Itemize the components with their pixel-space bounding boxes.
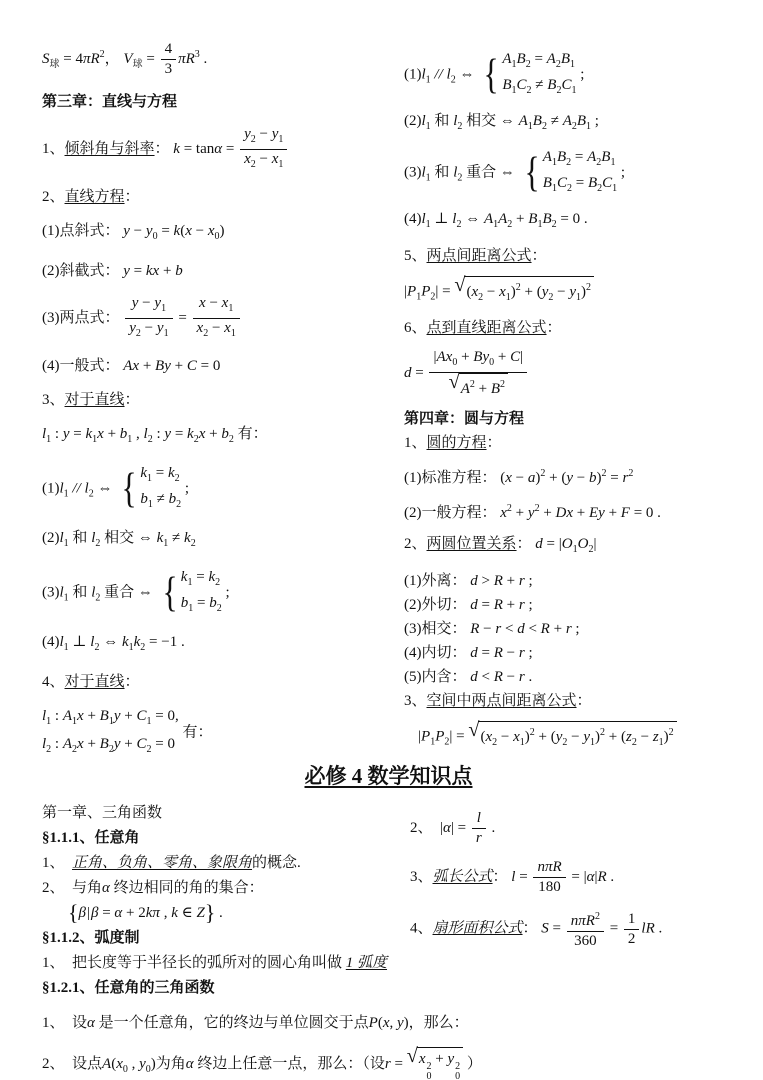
document-page: { "section_title": { "text": "必修 4 数学知识点… — [0, 0, 763, 1080]
formula-line: (1)标准方程： (x − a)2 + (y − b)2 = r2 — [404, 463, 735, 489]
bottom-right-column: 2、 |α| = lr .3、弧长公式： l = nπR180 = |α|R .… — [394, 799, 735, 951]
formula-line: (1)l1 // l2 ⇔ {A1B2 = A2B1B1C2 ≠ B2C1 ; — [404, 49, 735, 101]
formula-line: |P1P2| = √(x2 − x1)2 + (y2 − y1)2 + (z2 … — [404, 721, 735, 753]
section-heading: §1.1.1、任意角 — [42, 828, 394, 849]
formula-line: 1、倾斜角与斜率： k = tanα = y2 − y1x2 − x1 — [42, 125, 394, 174]
formula-line: d = |Ax0 + By0 + C|√A2 + B2 — [404, 348, 735, 399]
formula-line: 4、对于直线： — [42, 671, 394, 693]
section-title-wrap: 必修 4 数学知识点 — [42, 761, 735, 791]
formula-line: 1、 把长度等于半径长的弧所对的圆心角叫做 1 弧度 — [42, 953, 394, 974]
formula-line: l1 : y = k1x + b1 , l2 : y = k2x + b2 有： — [42, 423, 394, 451]
formula-line: 4、扇形面积公式： S = nπR2360 = 12lR . — [410, 907, 735, 951]
formula-line: (1)点斜式： y − y0 = k(x − x0) — [42, 220, 394, 248]
section-heading: §1.2.1、任意角的三角函数 — [42, 978, 394, 999]
formula-line: |P1P2| = √(x2 − x1)2 + (y2 − y1)2 — [404, 276, 735, 308]
formula-line: 3、弧长公式： l = nπR180 = |α|R . — [410, 858, 735, 897]
bottom-section: 第一章、三角函数§1.1.1、任意角1、 正角、负角、零角、象限角的概念.2、 … — [42, 799, 735, 999]
formula-line: 第一章、三角函数 — [42, 803, 394, 824]
formula-line: 2、两圆位置关系： d = |O1O2| — [404, 533, 735, 561]
formula-line: (3)相交： R − r < d < R + r ; — [404, 618, 735, 640]
formula-line: (3)两点式： y − y1y2 − y1 = x − x1x2 − x1 — [42, 294, 394, 343]
top-left-column: S球 = 4πR2， V球 = 43πR3 .第三章：直线与方程1、倾斜角与斜率… — [42, 40, 394, 761]
formula-line: 1、圆的方程： — [404, 432, 735, 454]
formula-line: 2、 设点A(x0 , y0)为角α 终边上任意一点，那么：（设r = √x20… — [42, 1047, 735, 1080]
formula-line: (4)一般式： Ax + By + C = 0 — [42, 355, 394, 377]
formula-line: (2)一般方程： x2 + y2 + Dx + Ey + F = 0 . — [404, 498, 735, 524]
formula-line: (1)外离： d > R + r ; — [404, 570, 735, 592]
formula-line: 1、 正角、负角、零角、象限角的概念. — [42, 853, 394, 874]
formula-line: 3、对于直线： — [42, 389, 394, 411]
formula-line: 2、 与角α 终边相同的角的集合： — [42, 878, 394, 899]
formula-line: 2、直线方程： — [42, 186, 394, 208]
top-right-column: (1)l1 // l2 ⇔ {A1B2 = A2B1B1C2 ≠ B2C1 ;(… — [394, 40, 735, 754]
formula-line: l1 : A1x + B1y + C1 = 0,l2 : A2x + B2y +… — [42, 705, 394, 761]
formula-line: 5、两点间距离公式： — [404, 245, 735, 267]
formula-line: (4)l1 ⊥ l2 ⇔ k1k2 = −1 . — [42, 631, 394, 659]
bottom-full-section: 1、 设α 是一个任意角，它的终边与单位圆交于点P(x, y)，那么：2、 设点… — [42, 1012, 735, 1080]
formula-line: (3)l1 和 l2 重合 ⇔ {A1B2 = A2B1B1C2 = B2C1 … — [404, 147, 735, 199]
formula-line: 2、 |α| = lr . — [410, 809, 735, 848]
formula-line: (5)内含： d < R − r . — [404, 666, 735, 688]
formula-line: (2)l1 和 l2 相交 ⇔ A1B2 ≠ A2B1 ; — [404, 110, 735, 138]
chapter-heading: 第三章：直线与方程 — [42, 91, 394, 113]
formula-line: (2)l1 和 l2 相交 ⇔ k1 ≠ k2 — [42, 527, 394, 555]
formula-line: (4)l1 ⊥ l2 ⇔ A1A2 + B1B2 = 0 . — [404, 208, 735, 236]
formula-line: 1、 设α 是一个任意角，它的终边与单位圆交于点P(x, y)，那么： — [42, 1012, 735, 1034]
bottom-left-column: 第一章、三角函数§1.1.1、任意角1、 正角、负角、零角、象限角的概念.2、 … — [42, 799, 394, 999]
formula-line: 6、点到直线距离公式： — [404, 317, 735, 339]
formula-line: (2)斜截式： y = kx + b — [42, 260, 394, 282]
formula-line: (4)内切： d = R − r ; — [404, 642, 735, 664]
top-section: S球 = 4πR2， V球 = 43πR3 .第三章：直线与方程1、倾斜角与斜率… — [42, 40, 735, 761]
formula-line: S球 = 4πR2， V球 = 43πR3 . — [42, 40, 394, 79]
formula-line: (2)外切： d = R + r ; — [404, 594, 735, 616]
chapter-heading: 第四章：圆与方程 — [404, 408, 735, 430]
formula-line: (1)l1 // l2 ⇔ {k1 = k2b1 ≠ b2 ; — [42, 463, 394, 515]
section-heading: §1.1.2、弧度制 — [42, 928, 394, 949]
section-title: 必修 4 数学知识点 — [305, 764, 473, 788]
formula-line: (3)l1 和 l2 重合 ⇔ {k1 = k2b1 = b2 ; — [42, 567, 394, 619]
formula-line: 3、空间中两点间距离公式： — [404, 690, 735, 712]
formula-line: {β|β = α + 2kπ , k ∈ Z} . — [42, 903, 394, 924]
